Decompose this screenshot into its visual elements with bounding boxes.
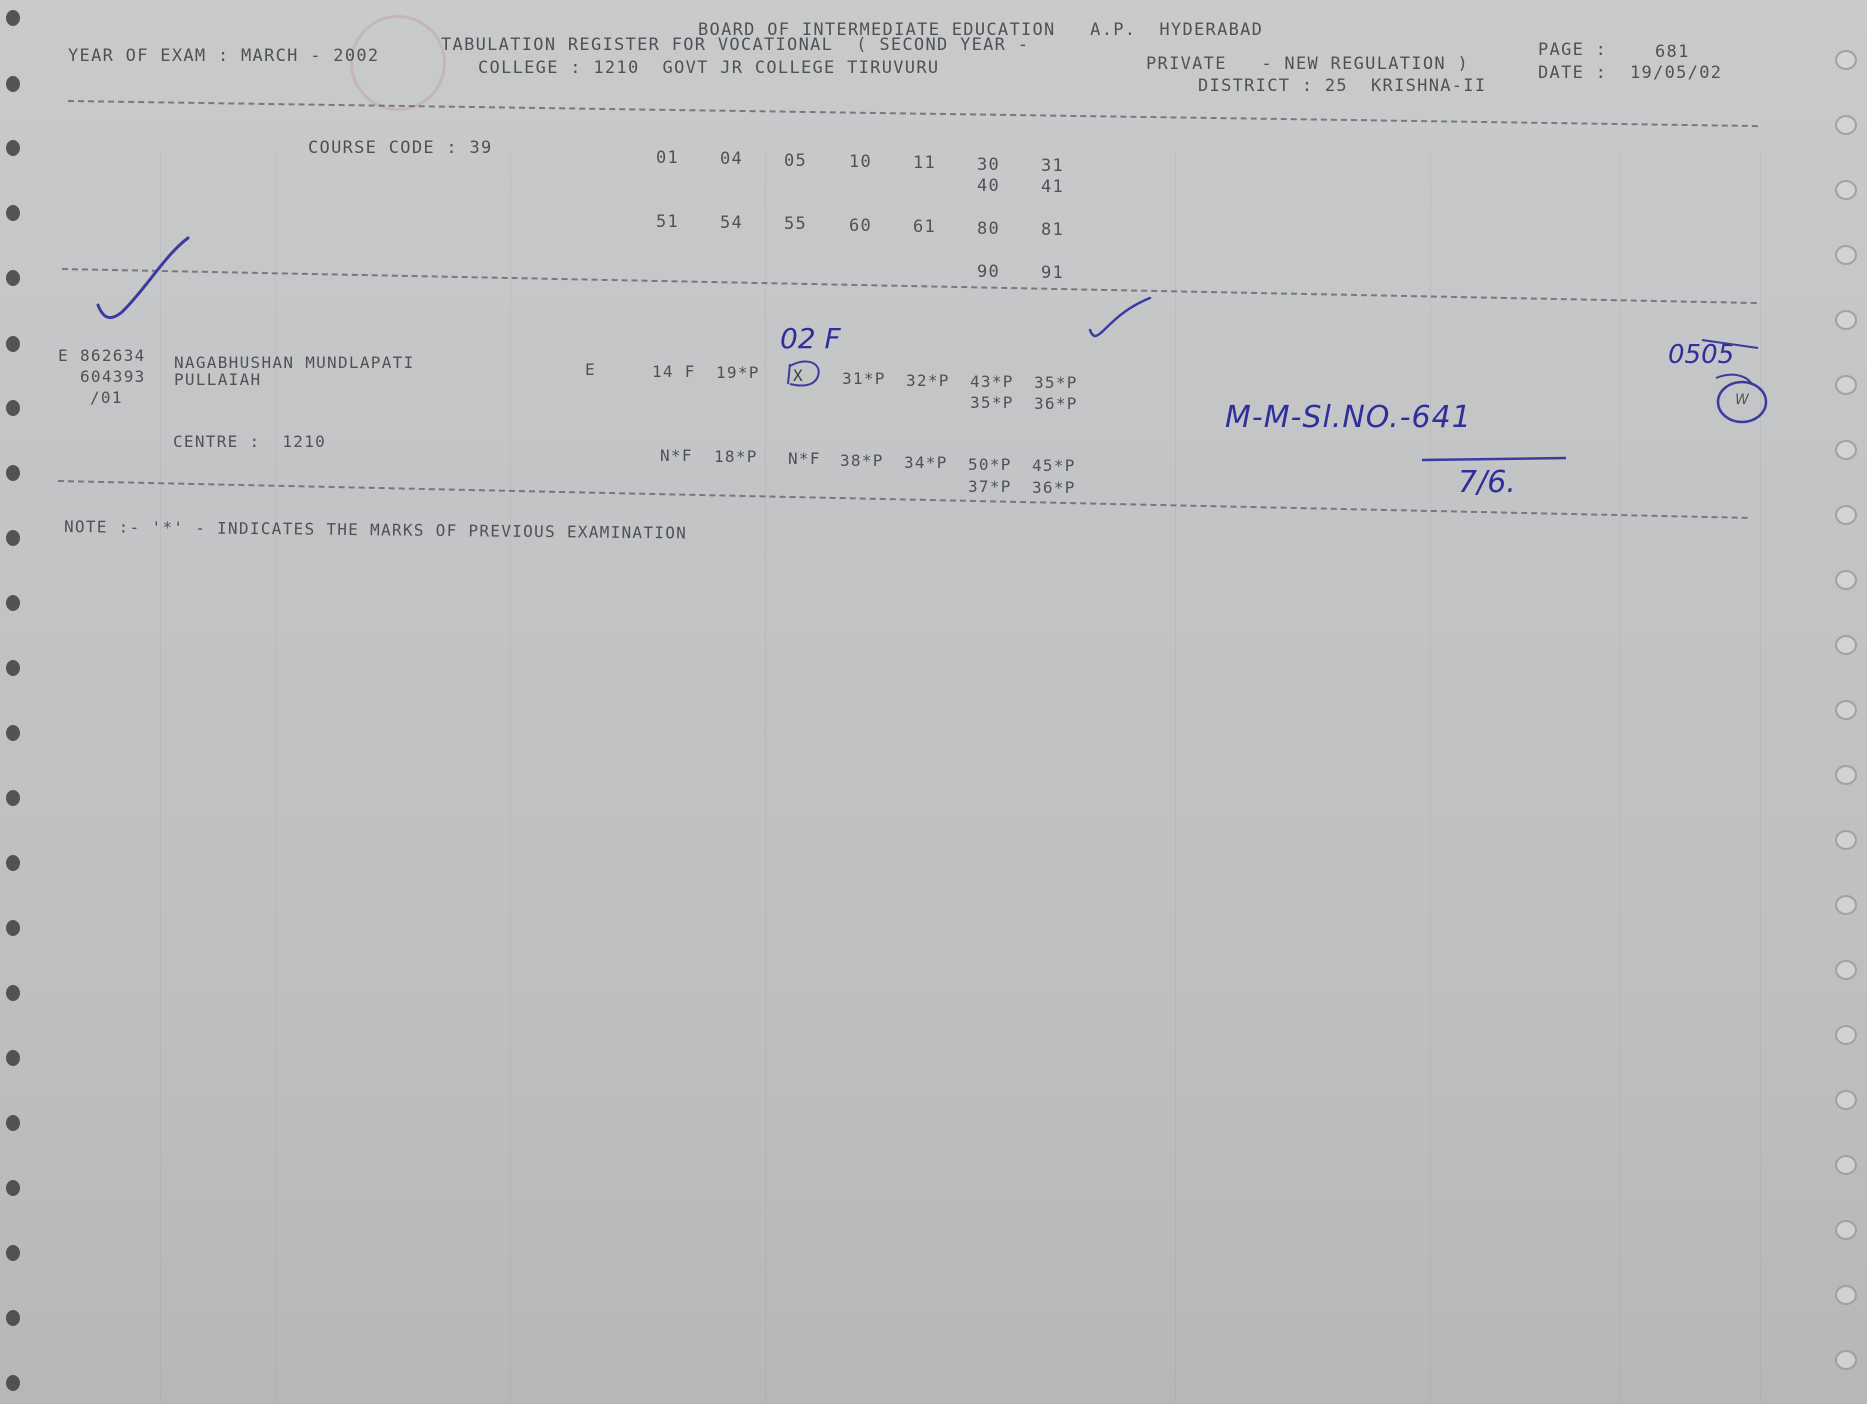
circle-mark-icon (1718, 382, 1766, 422)
checkmark-icon (98, 238, 188, 318)
circle-mark-icon (788, 361, 819, 385)
ink-marks (0, 0, 1867, 1404)
checkmark-icon (1090, 298, 1150, 336)
fraction-line (1422, 458, 1566, 460)
tabulation-register-sheet: BOARD OF INTERMEDIATE EDUCATION A.P. HYD… (0, 0, 1867, 1404)
